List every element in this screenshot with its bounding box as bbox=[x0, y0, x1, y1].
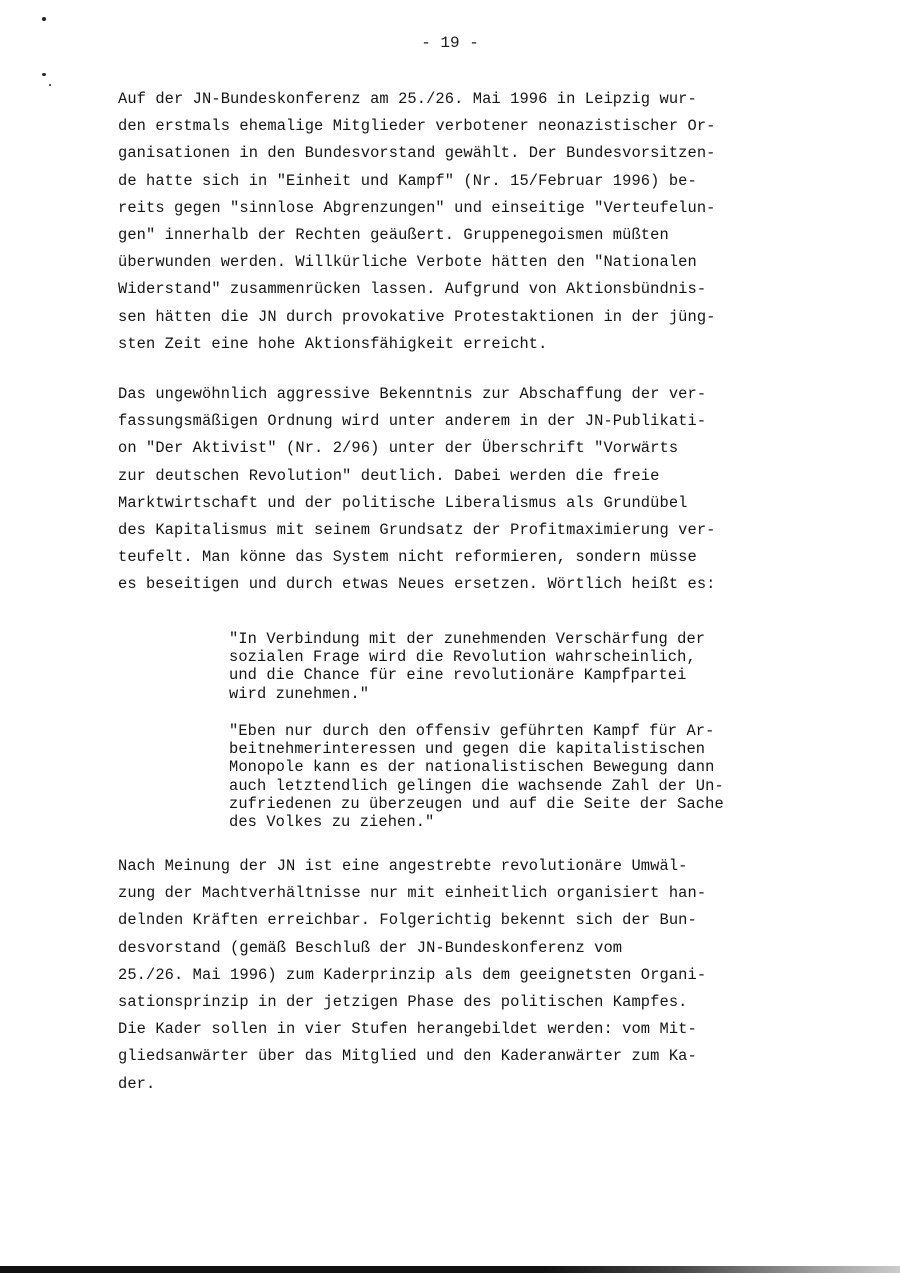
text-line: auch letztendlich gelingen die wachsende… bbox=[229, 777, 849, 795]
scan-speck bbox=[42, 73, 46, 76]
text-line: "Eben nur durch den offensiv geführten K… bbox=[229, 722, 849, 740]
text-line: delnden Kräften erreichbar. Folgerichtig… bbox=[118, 907, 848, 934]
text-line: wird zunehmen." bbox=[229, 685, 849, 703]
block-quote-1: "In Verbindung mit der zunehmenden Versc… bbox=[229, 630, 849, 703]
text-line: beitnehmerinteressen und gegen die kapit… bbox=[229, 740, 849, 758]
text-line: reits gegen "sinnlose Abgrenzungen" und … bbox=[118, 195, 848, 222]
scan-speck bbox=[42, 17, 46, 21]
text-line: sten Zeit eine hohe Aktionsfähigkeit err… bbox=[118, 331, 848, 358]
text-line: Widerstand" zusammenrücken lassen. Aufgr… bbox=[118, 276, 848, 303]
text-line: "In Verbindung mit der zunehmenden Versc… bbox=[229, 630, 849, 648]
scan-bottom-border bbox=[0, 1266, 900, 1273]
text-line: sozialen Frage wird die Revolution wahrs… bbox=[229, 648, 849, 666]
text-line: fassungsmäßigen Ordnung wird unter ander… bbox=[118, 408, 848, 435]
paragraph-jn-bundeskonferenz: Auf der JN-Bundeskonferenz am 25./26. Ma… bbox=[118, 86, 848, 358]
text-line: Marktwirtschaft und der politische Liber… bbox=[118, 490, 848, 517]
text-line: es beseitigen und durch etwas Neues erse… bbox=[118, 571, 848, 598]
page-number: - 19 - bbox=[0, 34, 900, 52]
block-quote-2: "Eben nur durch den offensiv geführten K… bbox=[229, 722, 849, 831]
text-line: ganisationen in den Bundesvorstand gewäh… bbox=[118, 140, 848, 167]
text-line: de hatte sich in "Einheit und Kampf" (Nr… bbox=[118, 168, 848, 195]
text-line: gliedsanwärter über das Mitglied und den… bbox=[118, 1043, 848, 1070]
text-line: 25./26. Mai 1996) zum Kaderprinzip als d… bbox=[118, 962, 848, 989]
text-line: sen hätten die JN durch provokative Prot… bbox=[118, 304, 848, 331]
text-line: gen" innerhalb der Rechten geäußert. Gru… bbox=[118, 222, 848, 249]
paragraph-kaderprinzip: Nach Meinung der JN ist eine angestrebte… bbox=[118, 853, 848, 1098]
text-line: Auf der JN-Bundeskonferenz am 25./26. Ma… bbox=[118, 86, 848, 113]
text-line: sationsprinzip in der jetzigen Phase des… bbox=[118, 989, 848, 1016]
text-line: desvorstand (gemäß Beschluß der JN-Bunde… bbox=[118, 935, 848, 962]
document-page: - 19 - Auf der JN-Bundeskonferenz am 25.… bbox=[0, 0, 900, 1273]
text-line: zufriedenen zu überzeugen und auf die Se… bbox=[229, 795, 849, 813]
text-line: on "Der Aktivist" (Nr. 2/96) unter der Ü… bbox=[118, 435, 848, 462]
text-line: Nach Meinung der JN ist eine angestrebte… bbox=[118, 853, 848, 880]
text-line: zung der Machtverhältnisse nur mit einhe… bbox=[118, 880, 848, 907]
text-line: überwunden werden. Willkürliche Verbote … bbox=[118, 249, 848, 276]
text-line: und die Chance für eine revolutionäre Ka… bbox=[229, 666, 849, 684]
text-line: teufelt. Man könne das System nicht refo… bbox=[118, 544, 848, 571]
text-line: des Kapitalismus mit seinem Grundsatz de… bbox=[118, 517, 848, 544]
paragraph-bekenntnis: Das ungewöhnlich aggressive Bekenntnis z… bbox=[118, 381, 848, 599]
text-line: Das ungewöhnlich aggressive Bekenntnis z… bbox=[118, 381, 848, 408]
text-line: den erstmals ehemalige Mitglieder verbot… bbox=[118, 113, 848, 140]
text-line: zur deutschen Revolution" deutlich. Dabe… bbox=[118, 463, 848, 490]
text-line: der. bbox=[118, 1071, 848, 1098]
scan-speck bbox=[49, 84, 51, 86]
text-line: Monopole kann es der nationalistischen B… bbox=[229, 758, 849, 776]
text-line: des Volkes zu ziehen." bbox=[229, 813, 849, 831]
text-line: Die Kader sollen in vier Stufen herangeb… bbox=[118, 1016, 848, 1043]
